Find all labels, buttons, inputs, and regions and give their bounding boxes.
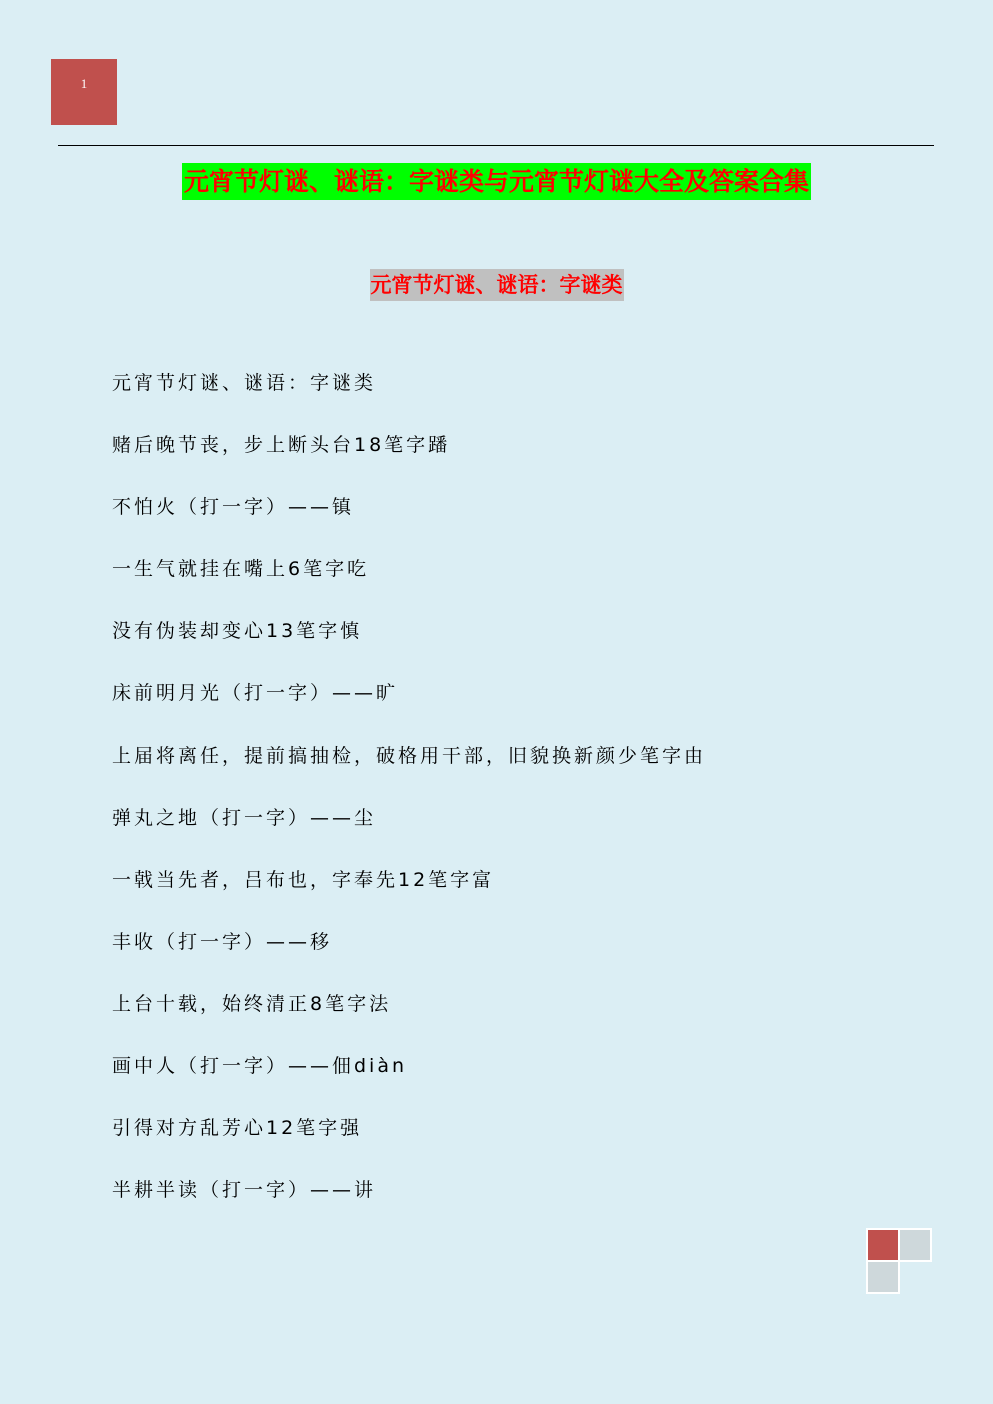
page-number: 1 [81, 76, 88, 92]
riddle-line: 丰收（打一字）——移 [112, 926, 912, 988]
riddle-list: 元宵节灯谜、谜语：字谜类 赌后晚节丧，步上断头台18笔字蹯 不怕火（打一字）——… [112, 367, 912, 1236]
riddle-line: 床前明月光（打一字）——旷 [112, 677, 912, 739]
header-divider [58, 145, 934, 146]
gray-square-icon [866, 1260, 900, 1294]
riddle-line: 引得对方乱芳心12笔字强 [112, 1112, 912, 1174]
corner-decoration [866, 1228, 934, 1294]
red-square-icon [866, 1228, 900, 1262]
riddle-line: 画中人（打一字）——佃diàn [112, 1050, 912, 1112]
riddle-line: 半耕半读（打一字）——讲 [112, 1174, 912, 1236]
riddle-line: 一生气就挂在嘴上6笔字吃 [112, 553, 912, 615]
gray-square-icon [898, 1228, 932, 1262]
riddle-line: 赌后晚节丧，步上断头台18笔字蹯 [112, 429, 912, 491]
riddle-line: 上台十载，始终清正8笔字法 [112, 988, 912, 1050]
riddle-line: 弹丸之地（打一字）——尘 [112, 802, 912, 864]
riddle-line: 不怕火（打一字）——镇 [112, 491, 912, 553]
riddle-line: 元宵节灯谜、谜语：字谜类 [112, 367, 912, 429]
main-title-container: 元宵节灯谜、谜语：字谜类与元宵节灯谜大全及答案合集 [0, 163, 993, 200]
riddle-line: 没有伪装却变心13笔字慎 [112, 615, 912, 677]
page-number-badge: 1 [51, 59, 117, 125]
riddle-line: 一戟当先者，吕布也，字奉先12笔字富 [112, 864, 912, 926]
section-title: 元宵节灯谜、谜语：字谜类 [370, 269, 624, 301]
section-title-container: 元宵节灯谜、谜语：字谜类 [0, 269, 993, 301]
main-title: 元宵节灯谜、谜语：字谜类与元宵节灯谜大全及答案合集 [182, 163, 811, 200]
riddle-line: 上届将离任，提前搞抽检，破格用干部，旧貌换新颜少笔字由 [112, 740, 912, 802]
